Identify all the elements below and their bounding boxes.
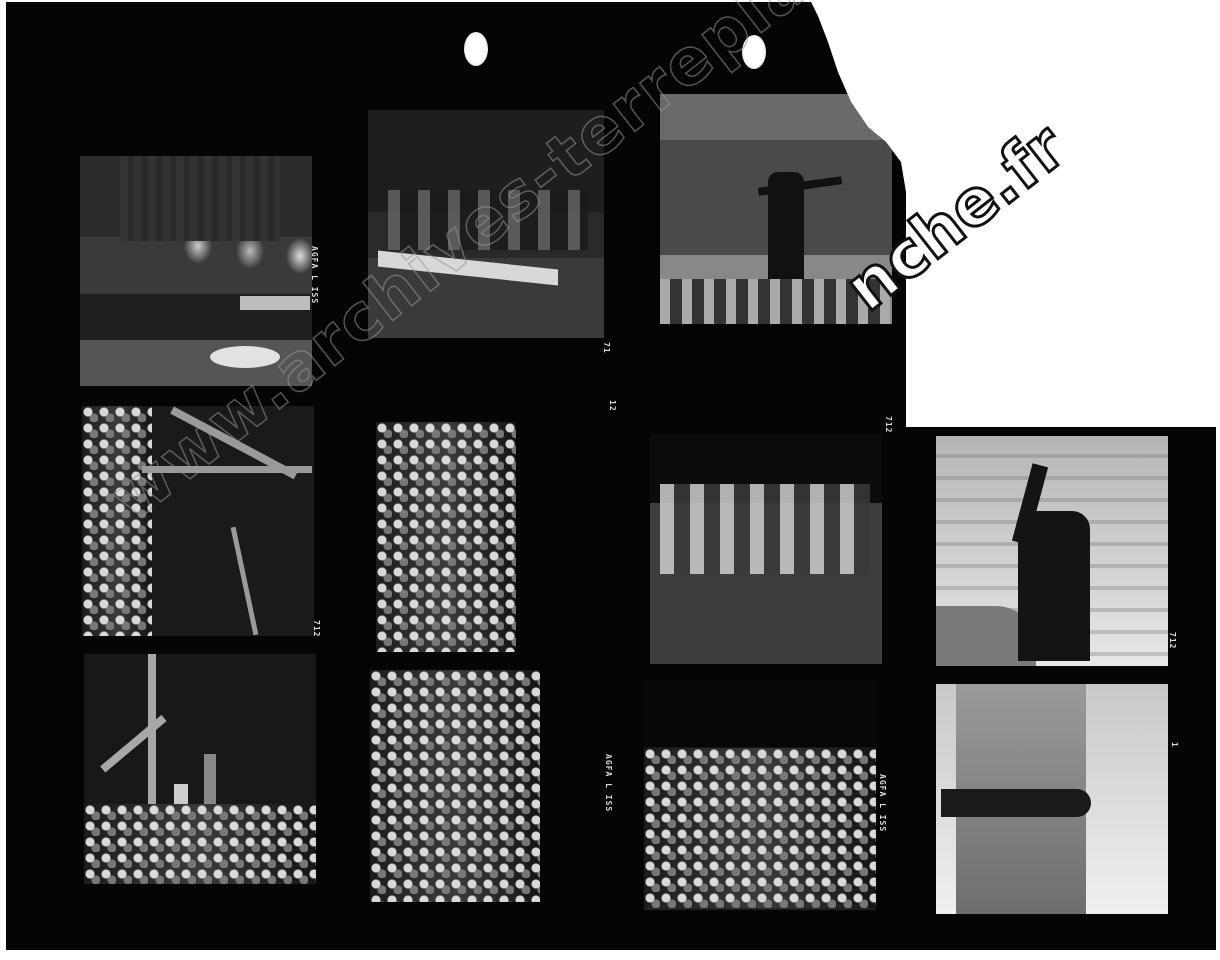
photo-frame-speaker-sunglasses: [936, 436, 1168, 666]
photo-frame-crowd-above-2: [370, 670, 540, 902]
photo-frame-crowd-above: [376, 422, 516, 652]
film-edge-number: 12: [608, 400, 617, 412]
film-edge-label: AGFA L ISS: [604, 754, 613, 812]
photo-frame-stage-performers: [84, 654, 316, 884]
film-edge-label: AGFA L ISS: [310, 246, 319, 304]
film-edge-number: 71: [602, 342, 611, 354]
film-edge-number: 1: [1170, 742, 1179, 748]
punch-hole: [742, 35, 766, 69]
photo-frame-man-microphone: [936, 684, 1168, 914]
punch-hole: [464, 32, 488, 66]
film-edge-label: AGFA L ISS: [878, 774, 887, 832]
photo-frame-night-audience: [650, 434, 882, 664]
film-edge-number: 712: [884, 416, 893, 433]
film-edge-number: 712: [1168, 632, 1177, 649]
photo-frame-night-crowd: [644, 678, 876, 910]
photo-frame-audience-tables: [80, 156, 312, 386]
film-edge-number: 712: [312, 620, 321, 637]
photo-frame-scaffold-crowd: [82, 406, 314, 636]
photo-frame-panel-table: [368, 110, 604, 338]
